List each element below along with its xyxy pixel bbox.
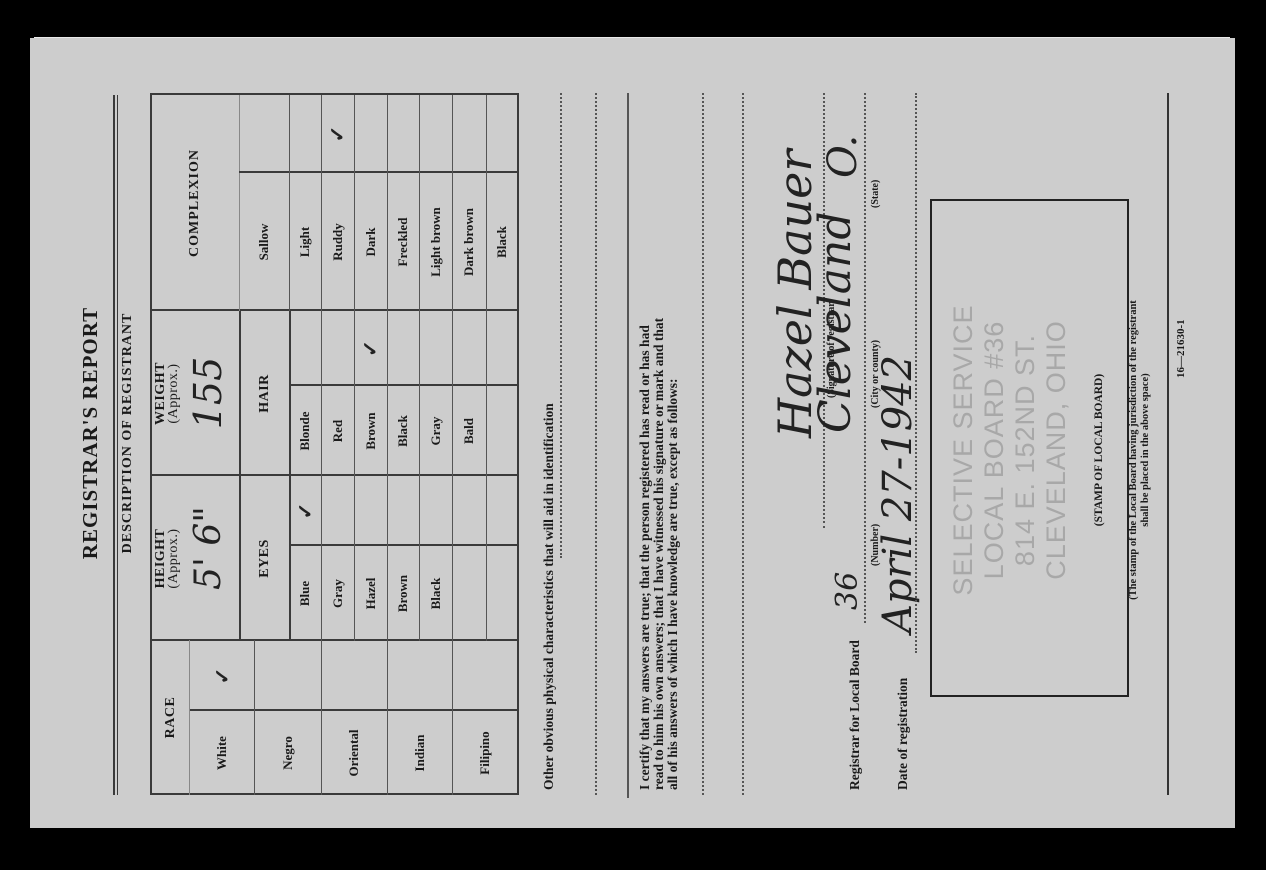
- stamp-note: (The stamp of the Local Board having jur…: [1128, 203, 1152, 697]
- complexion-black-check[interactable]: [486, 95, 518, 173]
- certification-exceptions-field[interactable]: [702, 93, 704, 795]
- race-negro-check[interactable]: [254, 641, 321, 711]
- page-title: REGISTRAR'S REPORT: [78, 38, 103, 828]
- city-value[interactable]: Cleveland: [810, 212, 861, 433]
- hair-red-check[interactable]: [321, 311, 354, 386]
- race-indian-check[interactable]: [387, 641, 452, 711]
- complexion-label-light: Light: [289, 173, 321, 311]
- hair-black-check[interactable]: [387, 311, 419, 386]
- local-board-number[interactable]: 36: [830, 572, 865, 610]
- eyes-label-brown: Brown: [387, 546, 419, 641]
- race-label-filipino: Filipino: [452, 711, 518, 795]
- complexion-freckled-check[interactable]: [387, 95, 419, 173]
- complexion-label-black: Black: [486, 173, 518, 311]
- height-header: HEIGHT (Approx.): [154, 476, 180, 641]
- race-label-oriental: Oriental: [321, 711, 387, 795]
- complexion-label-ruddy: Ruddy: [321, 173, 354, 311]
- complexion-light-check[interactable]: [289, 95, 321, 173]
- divider: [113, 95, 115, 795]
- race-oriental-check[interactable]: [321, 641, 387, 711]
- complexion-label-light-brown: Light brown: [419, 173, 452, 311]
- eyes-gray-check[interactable]: [321, 476, 354, 546]
- eyes-header: EYES: [239, 476, 289, 641]
- local-board-label: Registrar for Local Board: [848, 640, 862, 790]
- weight-header: WEIGHT (Approx.): [154, 311, 180, 476]
- hair-label-bald: Bald: [452, 386, 486, 476]
- hair-label-black: Black: [387, 386, 419, 476]
- eyes-label-blue: Blue: [289, 546, 321, 641]
- state-caption: (State): [870, 180, 881, 208]
- other-characteristics-label: Other obvious physical characteristics t…: [542, 403, 556, 790]
- registrars-report-form: REGISTRAR'S REPORT DESCRIPTION OF REGIST…: [30, 38, 1235, 828]
- race-label-negro: Negro: [254, 711, 321, 795]
- race-label-white: White: [190, 711, 254, 795]
- stamp-impression: SELECTIVE SERVICE LOCAL BOARD #36 814 E.…: [948, 203, 1072, 697]
- stamp-caption: (STAMP OF LOCAL BOARD): [1093, 203, 1105, 697]
- registration-date-line: [915, 93, 917, 653]
- hair-brown-check[interactable]: ✓: [354, 311, 387, 386]
- hair-gray-check[interactable]: [419, 311, 452, 386]
- complexion-header: COMPLEXION: [150, 95, 239, 311]
- complexion-sallow-check[interactable]: [239, 95, 289, 173]
- complexion-label-sallow: Sallow: [239, 173, 289, 311]
- eyes-label-black: Black: [419, 546, 452, 641]
- eyes-label-hazel: Hazel: [354, 546, 387, 641]
- race-label-indian: Indian: [387, 711, 452, 795]
- other-characteristics-field[interactable]: [560, 93, 562, 558]
- complexion-light-brown-check[interactable]: [419, 95, 452, 173]
- state-value[interactable]: O.: [820, 135, 866, 178]
- complexion-label-freckled: Freckled: [387, 173, 419, 311]
- hair-bald-check[interactable]: [452, 311, 486, 386]
- hair-label-blonde: Blonde: [289, 386, 321, 476]
- race-header: RACE: [150, 640, 190, 795]
- certification-exceptions-field-2[interactable]: [742, 93, 744, 795]
- other-characteristics-field-2[interactable]: [595, 93, 597, 795]
- eyes-blue-check[interactable]: ✓: [289, 476, 321, 546]
- hair-label-red: Red: [321, 386, 354, 476]
- hair-header: HAIR: [239, 311, 289, 476]
- registration-date-label: Date of registration: [896, 678, 910, 790]
- hair-label-brown: Brown: [354, 386, 387, 476]
- eyes-brown-check[interactable]: [387, 476, 419, 546]
- eyes-black-check[interactable]: [419, 476, 452, 546]
- complexion-label-dark-brown: Dark brown: [452, 173, 486, 311]
- complexion-dark-brown-check[interactable]: [452, 95, 486, 173]
- race-filipino-check[interactable]: [452, 641, 518, 711]
- eyes-hazel-check[interactable]: [354, 476, 387, 546]
- complexion-dark-check[interactable]: [354, 95, 387, 173]
- hair-label-gray: Gray: [419, 386, 452, 476]
- height-value[interactable]: 5' 6": [188, 488, 229, 608]
- weight-value[interactable]: 155: [186, 318, 230, 468]
- hair-blonde-check[interactable]: [289, 311, 321, 386]
- race-white-check[interactable]: ✓: [190, 641, 254, 711]
- section-title: DESCRIPTION OF REGISTRANT: [120, 38, 136, 828]
- complexion-label-dark: Dark: [354, 173, 387, 311]
- eyes-label-gray: Gray: [321, 546, 354, 641]
- divider: [117, 95, 118, 795]
- complexion-ruddy-check[interactable]: ✓: [321, 95, 354, 173]
- certification-text: I certify that my answers are true; that…: [638, 318, 680, 790]
- form-number: 16—21630-1: [1175, 319, 1187, 378]
